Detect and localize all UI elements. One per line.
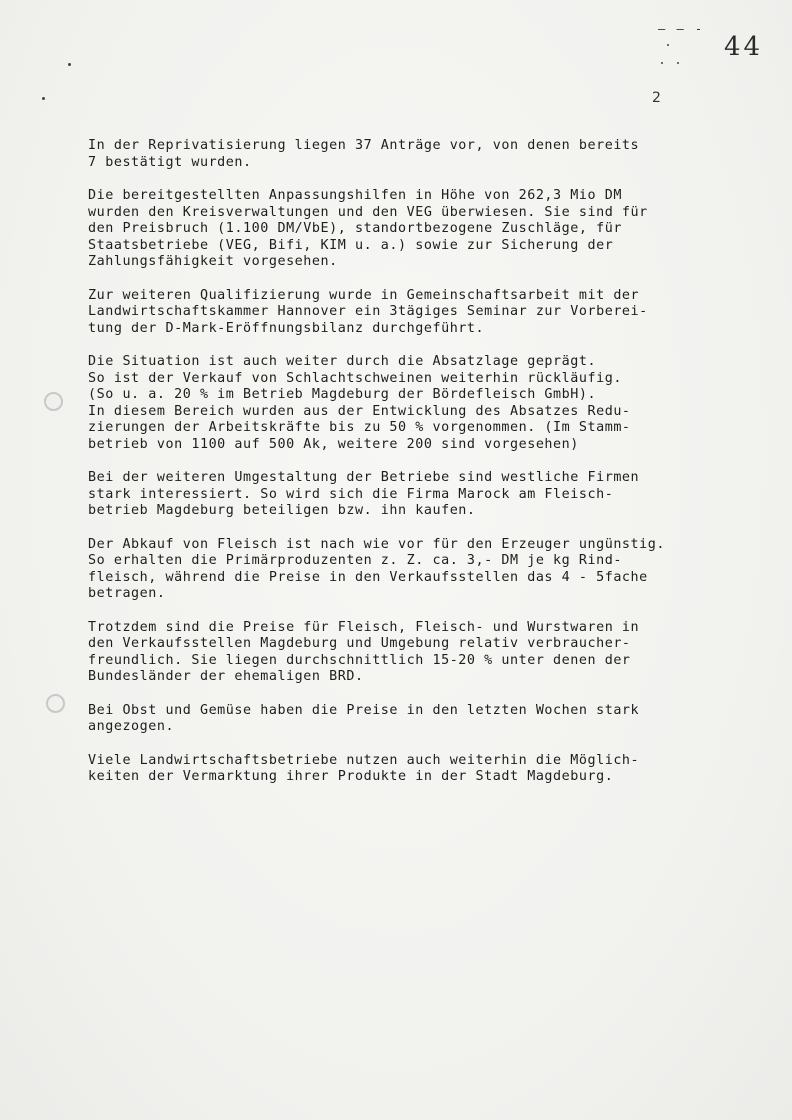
text-line: fleisch, während die Preise in den Verka… (88, 570, 768, 587)
paragraph-abkauf-fleisch: Der Abkauf von Fleisch ist nach wie vor … (88, 537, 768, 603)
text-line: Trotzdem sind die Preise für Fleisch, Fl… (88, 620, 768, 637)
text-line: Landwirtschaftskammer Hannover ein 3tägi… (88, 304, 768, 321)
page-number: 2 (652, 90, 661, 106)
handwritten-dash-mark: – – - (658, 22, 704, 36)
text-line: Zahlungsfähigkeit vorgesehen. (88, 254, 768, 271)
punch-hole-icon (44, 392, 63, 411)
paragraph-qualifizierung: Zur weiteren Qualifizierung wurde in Gem… (88, 288, 768, 338)
stamped-folio-number: 44 (724, 32, 763, 62)
text-line: Der Abkauf von Fleisch ist nach wie vor … (88, 537, 768, 554)
speck-mark (68, 63, 71, 66)
text-line: So erhalten die Primärproduzenten z. Z. … (88, 553, 768, 570)
text-line: angezogen. (88, 719, 768, 736)
text-line: Bei der weiteren Umgestaltung der Betrie… (88, 470, 768, 487)
document-page: – – - 44 2 In der Reprivatisierung liege… (0, 0, 792, 1120)
text-line: den Verkaufsstellen Magdeburg und Umgebu… (88, 636, 768, 653)
text-line: Die bereitgestellten Anpassungshilfen in… (88, 188, 768, 205)
text-line: betrieb von 1100 auf 500 Ak, weitere 200… (88, 437, 768, 454)
paragraph-reprivatisierung: In der Reprivatisierung liegen 37 Anträg… (88, 138, 768, 171)
text-line: den Preisbruch (1.100 DM/VbE), standortb… (88, 221, 768, 238)
speck-mark (661, 62, 663, 64)
text-line: Bei Obst und Gemüse haben die Preise in … (88, 703, 768, 720)
text-line: wurden den Kreisverwaltungen und den VEG… (88, 205, 768, 222)
speck-mark (667, 44, 669, 46)
text-line: 7 bestätigt wurden. (88, 155, 768, 172)
speck-mark (42, 97, 45, 100)
punch-hole-icon (46, 694, 65, 713)
paragraph-vermarktung: Viele Landwirtschaftsbetriebe nutzen auc… (88, 753, 768, 786)
text-line: Viele Landwirtschaftsbetriebe nutzen auc… (88, 753, 768, 770)
text-line: keiten der Vermarktung ihrer Produkte in… (88, 769, 768, 786)
paragraph-obst-gemuese: Bei Obst und Gemüse haben die Preise in … (88, 703, 768, 736)
text-line: Bundesländer der ehemaligen BRD. (88, 669, 768, 686)
paragraph-preise-fleisch: Trotzdem sind die Preise für Fleisch, Fl… (88, 620, 768, 686)
document-body: In der Reprivatisierung liegen 37 Anträg… (88, 138, 768, 803)
text-line: zierungen der Arbeitskräfte bis zu 50 % … (88, 420, 768, 437)
text-line: tung der D-Mark-Eröffnungsbilanz durchge… (88, 321, 768, 338)
paragraph-umgestaltung: Bei der weiteren Umgestaltung der Betrie… (88, 470, 768, 520)
paragraph-absatzlage: Die Situation ist auch weiter durch die … (88, 354, 768, 453)
text-line: So ist der Verkauf von Schlachtschweinen… (88, 371, 768, 388)
speck-mark (677, 62, 679, 64)
text-line: betragen. (88, 586, 768, 603)
text-line: Die Situation ist auch weiter durch die … (88, 354, 768, 371)
text-line: In der Reprivatisierung liegen 37 Anträg… (88, 138, 768, 155)
text-line: Staatsbetriebe (VEG, Bifi, KIM u. a.) so… (88, 238, 768, 255)
text-line: Zur weiteren Qualifizierung wurde in Gem… (88, 288, 768, 305)
text-line: stark interessiert. So wird sich die Fir… (88, 487, 768, 504)
paragraph-anpassungshilfen: Die bereitgestellten Anpassungshilfen in… (88, 188, 768, 271)
text-line: In diesem Bereich wurden aus der Entwick… (88, 404, 768, 421)
text-line: freundlich. Sie liegen durchschnittlich … (88, 653, 768, 670)
text-line: betrieb Magdeburg beteiligen bzw. ihn ka… (88, 503, 768, 520)
text-line: (So u. a. 20 % im Betrieb Magdeburg der … (88, 387, 768, 404)
